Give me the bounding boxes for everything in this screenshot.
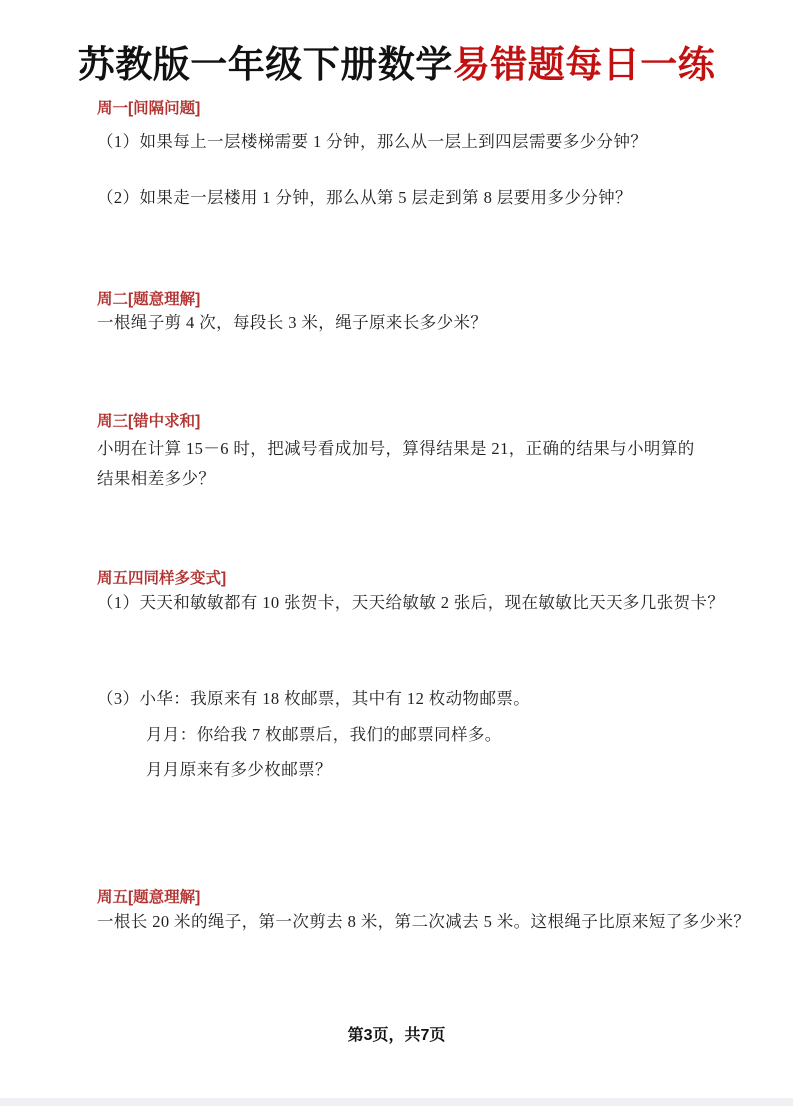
question-variation-3-xiaohua: （3）小华：我原来有 18 枚邮票，其中有 12 枚动物邮票。 xyxy=(97,685,530,709)
page-title-red: 易错题每日一练 xyxy=(453,44,716,85)
question-variation-3-yueyue: 月月：你给我 7 枚邮票后，我们的邮票同样多。 xyxy=(146,721,502,745)
question-variation-3-ask: 月月原来有多少枚邮票？ xyxy=(146,756,332,780)
question-variation-1: （1）天天和敏敏都有 10 张贺卡，天天给敏敏 2 张后，现在敏敏比天天多几张贺… xyxy=(97,589,724,613)
worksheet-page: { "title": { "black": "苏教版一年级下册数学", "red… xyxy=(0,0,793,1106)
page-number: 第3页，共7页 xyxy=(0,1022,793,1045)
section-heading-same-amount-variation: 周五四同样多变式] xyxy=(97,566,226,588)
question-tuesday-1: 一根绳子剪 4 次，每段长 3 米，绳子原来长多少米？ xyxy=(97,309,487,333)
section-heading-friday: 周五[题意理解] xyxy=(97,885,200,907)
section-heading-monday: 周一[间隔问题] xyxy=(97,96,200,118)
page-bottom-edge xyxy=(0,1098,793,1106)
page-title-black: 苏教版一年级下册数学 xyxy=(78,44,453,85)
question-monday-1: （1）如果每上一层楼梯需要 1 分钟，那么从一层上到四层需要多少分钟？ xyxy=(97,128,647,152)
section-heading-wednesday: 周三[错中求和] xyxy=(97,409,200,431)
question-monday-2: （2）如果走一层楼用 1 分钟，那么从第 5 层走到第 8 层要用多少分钟？ xyxy=(97,184,632,208)
question-friday-1: 一根长 20 米的绳子，第一次剪去 8 米，第二次减去 5 米。这根绳子比原来短… xyxy=(97,908,750,932)
section-heading-tuesday: 周二[题意理解] xyxy=(97,287,200,309)
page-title: 苏教版一年级下册数学易错题每日一练 xyxy=(0,34,793,88)
question-wednesday-1: 小明在计算 15－6 时，把减号看成加号，算得结果是 21，正确的结果与小明算的… xyxy=(97,434,711,494)
